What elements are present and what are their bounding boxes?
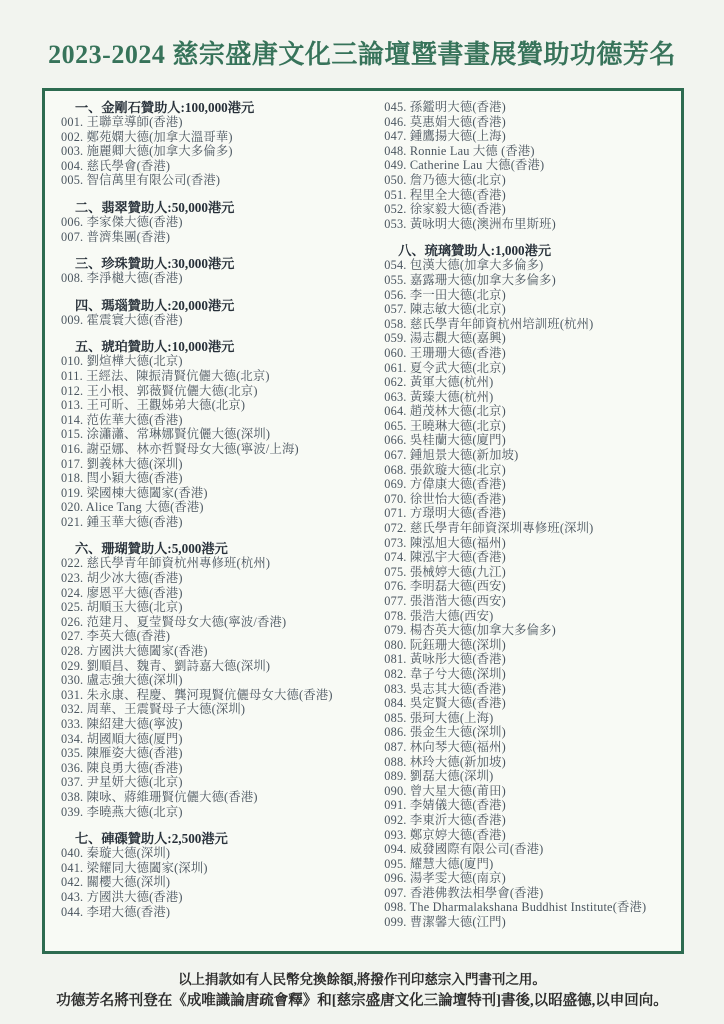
list-item: 092. 李東沂大德(香港) xyxy=(384,813,675,828)
list-item: 034. 胡國順大德(厦門) xyxy=(61,732,380,747)
list-item: 001. 王聯章導師(香港) xyxy=(61,115,380,130)
list-item: 023. 胡少冰大德(香港) xyxy=(61,571,380,586)
list-item: 073. 陳泓旭大德(福州) xyxy=(384,536,675,551)
list-item: 089. 劉磊大德(深圳) xyxy=(384,769,675,784)
list-item: 026. 范建月、夏莹賢母女大德(寧波/香港) xyxy=(61,615,380,630)
footer-notes: 以上捐款如有人民幣兌換餘額,將撥作刊印慈宗入門書刊之用。 功德芳名將刊登在《成唯… xyxy=(0,970,724,1012)
list-item: 054. 包漢大德(加拿大多倫多) xyxy=(384,258,675,273)
section-header: 六、珊瑚贊助人:5,000港元 xyxy=(61,541,380,556)
list-item: 009. 霍震寰大德(香港) xyxy=(61,313,380,328)
list-item: 043. 方國洪大德(香港) xyxy=(61,890,380,905)
section-header: 八、琉璃贊助人:1,000港元 xyxy=(384,243,675,258)
list-item: 051. 程里全大德(香港) xyxy=(384,188,675,203)
list-item: 031. 朱永康、程慶、龔河現賢伉儷母女大德(香港) xyxy=(61,688,380,703)
list-item: 010. 劉煊樺大德(北京) xyxy=(61,354,380,369)
list-item: 013. 王可昕、王觀姊弟大德(北京) xyxy=(61,398,380,413)
list-item: 014. 范佐華大德(香港) xyxy=(61,413,380,428)
list-item: 075. 張械婷大德(九江) xyxy=(384,565,675,580)
list-item: 038. 陳咏、蔣維珊賢伉儷大德(香港) xyxy=(61,790,380,805)
list-item: 019. 梁國棟大德闔家(香港) xyxy=(61,486,380,501)
list-item: 017. 劉義林大德(深圳) xyxy=(61,457,380,472)
list-item: 087. 林向琴大德(福州) xyxy=(384,740,675,755)
section-header: 五、琥珀贊助人:10,000港元 xyxy=(61,339,380,354)
list-item: 090. 曾大星大德(莆田) xyxy=(384,784,675,799)
list-item: 015. 涂瀟瀟、常琳娜賢伉儷大德(深圳) xyxy=(61,427,380,442)
donor-list-frame: 一、金剛石贊助人:100,000港元001. 王聯章導師(香港)002. 鄭苑嫻… xyxy=(42,88,684,954)
section-spacer xyxy=(61,188,380,200)
section-spacer xyxy=(384,231,675,243)
list-item: 079. 楊杏英大德(加拿大多倫多) xyxy=(384,623,675,638)
list-item: 016. 謝亞娜、林亦哲賢母女大德(寧波/上海) xyxy=(61,442,380,457)
list-item: 032. 周華、王震賢母子大德(深圳) xyxy=(61,702,380,717)
list-item: 065. 王曉琳大德(北京) xyxy=(384,419,675,434)
page-title: 2023-2024 慈宗盛唐文化三論壇暨書畫展贊助功德芳名 xyxy=(0,34,724,71)
list-item: 049. Catherine Lau 大德(香港) xyxy=(384,158,675,173)
list-item: 076. 李明磊大德(西安) xyxy=(384,579,675,594)
list-item: 028. 方國洪大德闔家(香港) xyxy=(61,644,380,659)
list-item: 058. 慈氏學青年師資杭州培訓班(杭州) xyxy=(384,317,675,332)
left-column: 一、金剛石贊助人:100,000港元001. 王聯章導師(香港)002. 鄭苑嫻… xyxy=(61,100,380,945)
list-item: 082. 韋子兮大德(深圳) xyxy=(384,667,675,682)
list-item: 074. 陳泓宇大德(香港) xyxy=(384,550,675,565)
list-item: 011. 王經法、陳振清賢伉儷大德(北京) xyxy=(61,369,380,384)
list-item: 004. 慈氏學會(香港) xyxy=(61,159,380,174)
list-item: 084. 吳定賢大德(香港) xyxy=(384,696,675,711)
list-item: 086. 張金生大德(深圳) xyxy=(384,725,675,740)
list-item: 024. 廖恩平大德(香港) xyxy=(61,586,380,601)
list-item: 025. 胡順玉大德(北京) xyxy=(61,600,380,615)
list-item: 033. 陳紹建大德(寧波) xyxy=(61,717,380,732)
list-item: 068. 張欽璇大德(北京) xyxy=(384,463,675,478)
donor-roll-page: 2023-2024 慈宗盛唐文化三論壇暨書畫展贊助功德芳名 一、金剛石贊助人:1… xyxy=(0,0,724,1024)
list-item: 040. 秦璇大德(深圳) xyxy=(61,846,380,861)
list-item: 069. 方偉康大德(香港) xyxy=(384,477,675,492)
list-item: 078. 張浩大德(西安) xyxy=(384,609,675,624)
list-item: 066. 吳桂蘭大德(廈門) xyxy=(384,433,675,448)
list-item: 021. 鍾玉華大德(香港) xyxy=(61,515,380,530)
list-item: 007. 普濟集團(香港) xyxy=(61,230,380,245)
list-item: 091. 李婧儀大德(香港) xyxy=(384,798,675,813)
list-item: 002. 鄭苑嫻大德(加拿大溫哥華) xyxy=(61,130,380,145)
list-item: 037. 尹星妍大德(北京) xyxy=(61,775,380,790)
section-spacer xyxy=(61,286,380,298)
list-item: 060. 王珊珊大德(香港) xyxy=(384,346,675,361)
section-header: 四、瑪瑙贊助人:20,000港元 xyxy=(61,298,380,313)
list-item: 064. 趙茂林大德(北京) xyxy=(384,404,675,419)
list-item: 029. 劉順昌、魏青、劉詩嘉大德(深圳) xyxy=(61,659,380,674)
footer-note-line2: 功德芳名將刊登在《成唯識論唐疏會釋》和[慈宗盛唐文化三論壇特刊]書後,以昭盛德,… xyxy=(0,990,724,1012)
list-item: 077. 張湝湝大德(西安) xyxy=(384,594,675,609)
list-item: 053. 黃咏明大德(澳洲布里斯班) xyxy=(384,217,675,232)
list-item: 052. 徐家毅大德(香港) xyxy=(384,202,675,217)
list-item: 008. 李淨樾大德(香港) xyxy=(61,271,380,286)
right-column: 045. 孫鑑明大德(香港)046. 莫惠娟大德(香港)047. 鍾鷹揚大德(上… xyxy=(380,100,675,945)
list-item: 044. 李珺大德(香港) xyxy=(61,905,380,920)
list-item: 093. 鄭京婷大德(香港) xyxy=(384,828,675,843)
list-item: 080. 阮鈺珊大德(深圳) xyxy=(384,638,675,653)
list-item: 018. 閆小穎大德(香港) xyxy=(61,471,380,486)
list-item: 006. 李家傑大德(香港) xyxy=(61,215,380,230)
section-header: 一、金剛石贊助人:100,000港元 xyxy=(61,100,380,115)
list-item: 096. 湯孝雯大德(南京) xyxy=(384,871,675,886)
list-item: 059. 湯志觀大德(嘉興) xyxy=(384,331,675,346)
list-item: 081. 黃咏彤大德(香港) xyxy=(384,652,675,667)
section-header: 三、珍珠贊助人:30,000港元 xyxy=(61,256,380,271)
list-item: 098. The Dharmalakshana Buddhist Institu… xyxy=(384,900,675,915)
list-item: 097. 香港佛教法相學會(香港) xyxy=(384,886,675,901)
footer-note-line1: 以上捐款如有人民幣兌換餘額,將撥作刊印慈宗入門書刊之用。 xyxy=(0,970,724,990)
list-item: 045. 孫鑑明大德(香港) xyxy=(384,100,675,115)
list-item: 072. 慈氏學青年師資深圳專修班(深圳) xyxy=(384,521,675,536)
list-item: 046. 莫惠娟大德(香港) xyxy=(384,115,675,130)
list-item: 067. 鍾旭景大德(新加坡) xyxy=(384,448,675,463)
list-item: 050. 詹乃德大德(北京) xyxy=(384,173,675,188)
list-item: 055. 嘉露珊大德(加拿大多倫多) xyxy=(384,273,675,288)
list-item: 022. 慈氏學青年師資杭州專修班(杭州) xyxy=(61,556,380,571)
list-item: 039. 李曉燕大德(北京) xyxy=(61,805,380,820)
list-item: 071. 方璟明大德(香港) xyxy=(384,506,675,521)
list-item: 095. 耀慧大德(廈門) xyxy=(384,857,675,872)
list-item: 035. 陳雁姿大德(香港) xyxy=(61,746,380,761)
section-header: 二、翡翠贊助人:50,000港元 xyxy=(61,200,380,215)
list-item: 005. 智信萬里有限公司(香港) xyxy=(61,173,380,188)
list-item: 042. 關櫻大德(深圳) xyxy=(61,875,380,890)
section-spacer xyxy=(61,529,380,541)
list-item: 048. Ronnie Lau 大德 (香港) xyxy=(384,144,675,159)
list-item: 099. 曹潔馨大德(江門) xyxy=(384,915,675,930)
list-item: 083. 吳志其大德(香港) xyxy=(384,682,675,697)
list-item: 094. 威發國際有限公司(香港) xyxy=(384,842,675,857)
section-header: 七、硨磲贊助人:2,500港元 xyxy=(61,831,380,846)
list-item: 020. Alice Tang 大德(香港) xyxy=(61,500,380,515)
list-item: 088. 林玲大德(新加坡) xyxy=(384,755,675,770)
list-item: 012. 王小根、郭薇賢伉儷大德(北京) xyxy=(61,384,380,399)
section-spacer xyxy=(61,327,380,339)
list-item: 057. 陳志敏大德(北京) xyxy=(384,302,675,317)
list-item: 030. 盧志強大德(深圳) xyxy=(61,673,380,688)
list-item: 036. 陳良勇大德(香港) xyxy=(61,761,380,776)
list-item: 003. 施麗卿大德(加拿大多倫多) xyxy=(61,144,380,159)
list-item: 041. 梁耀同大德闔家(深圳) xyxy=(61,861,380,876)
list-item: 085. 張珂大德(上海) xyxy=(384,711,675,726)
section-spacer xyxy=(61,819,380,831)
list-item: 056. 李一田大德(北京) xyxy=(384,288,675,303)
section-spacer xyxy=(61,244,380,256)
list-item: 047. 鍾鷹揚大德(上海) xyxy=(384,129,675,144)
list-item: 061. 夏令武大德(北京) xyxy=(384,361,675,376)
list-item: 062. 黃軍大德(杭州) xyxy=(384,375,675,390)
list-item: 070. 徐世怡大德(香港) xyxy=(384,492,675,507)
list-item: 063. 黃臻大德(杭州) xyxy=(384,390,675,405)
list-item: 027. 李英大德(香港) xyxy=(61,629,380,644)
